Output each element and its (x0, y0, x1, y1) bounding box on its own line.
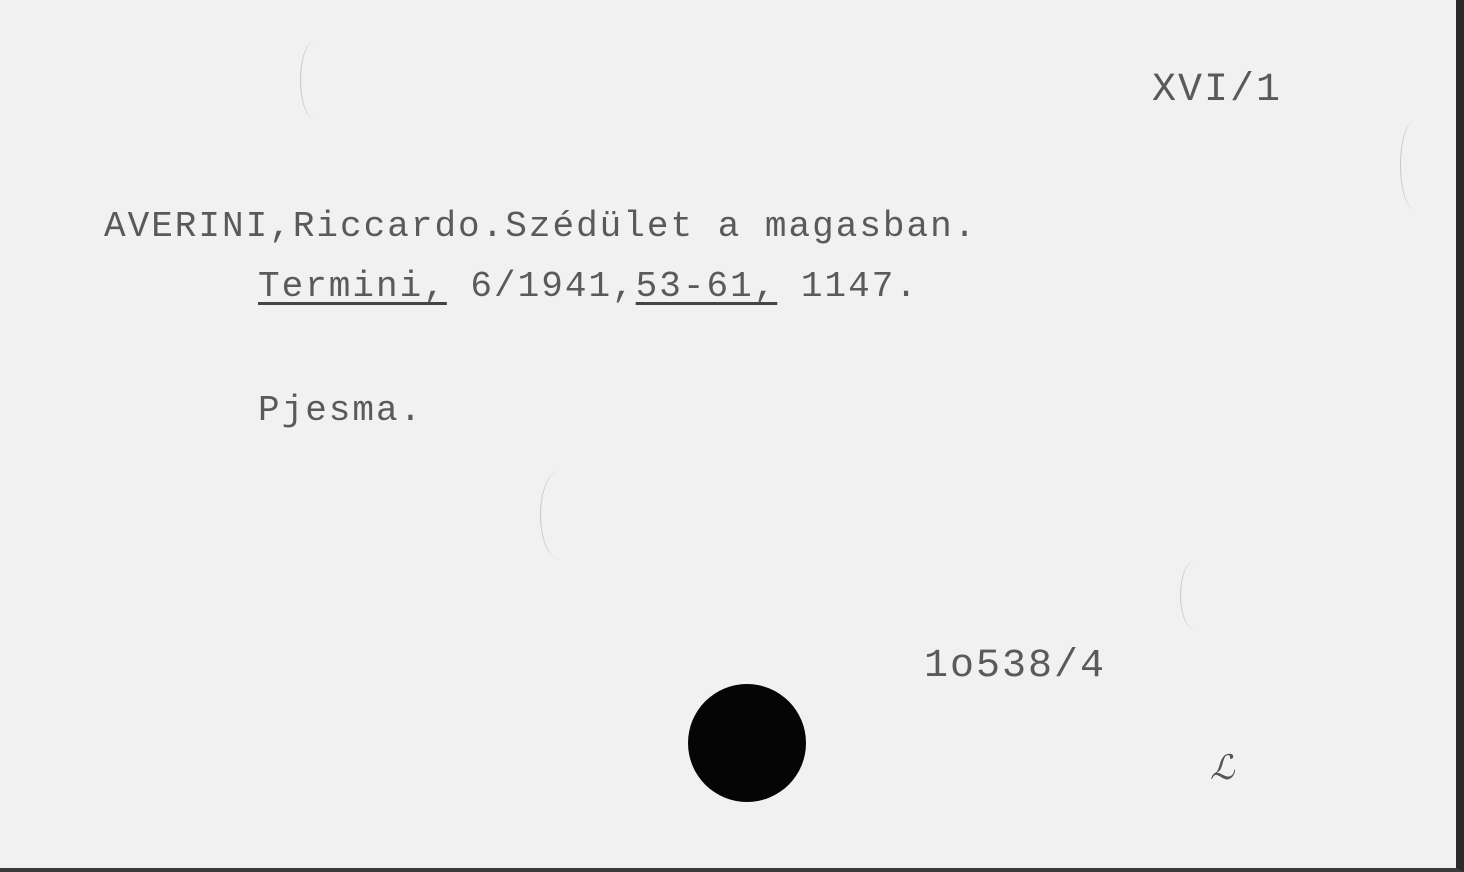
source-line: Termini, 6/1941,53-61, 1147. (258, 266, 919, 307)
paper-fiber (300, 40, 331, 120)
subject-note: Pjesma. (258, 390, 423, 431)
author-title-line: AVERINI,Riccardo.Szédület a magasban. (104, 206, 977, 247)
paper-fiber (1400, 120, 1431, 210)
record-number: 1147. (777, 266, 919, 307)
page-range: 53-61, (636, 266, 778, 307)
accession-number: 1o538/4 (924, 644, 1106, 689)
punch-hole-icon (688, 684, 806, 802)
paper-fiber (1180, 560, 1211, 630)
call-number: XVI/1 (1152, 68, 1282, 113)
issue-year: 6/1941, (447, 266, 636, 307)
handwritten-initial: ℒ (1210, 748, 1235, 788)
paper-fiber (540, 470, 581, 560)
catalog-card: XVI/1 AVERINI,Riccardo.Szédület a magasb… (0, 0, 1464, 872)
journal-name: Termini, (258, 266, 447, 307)
